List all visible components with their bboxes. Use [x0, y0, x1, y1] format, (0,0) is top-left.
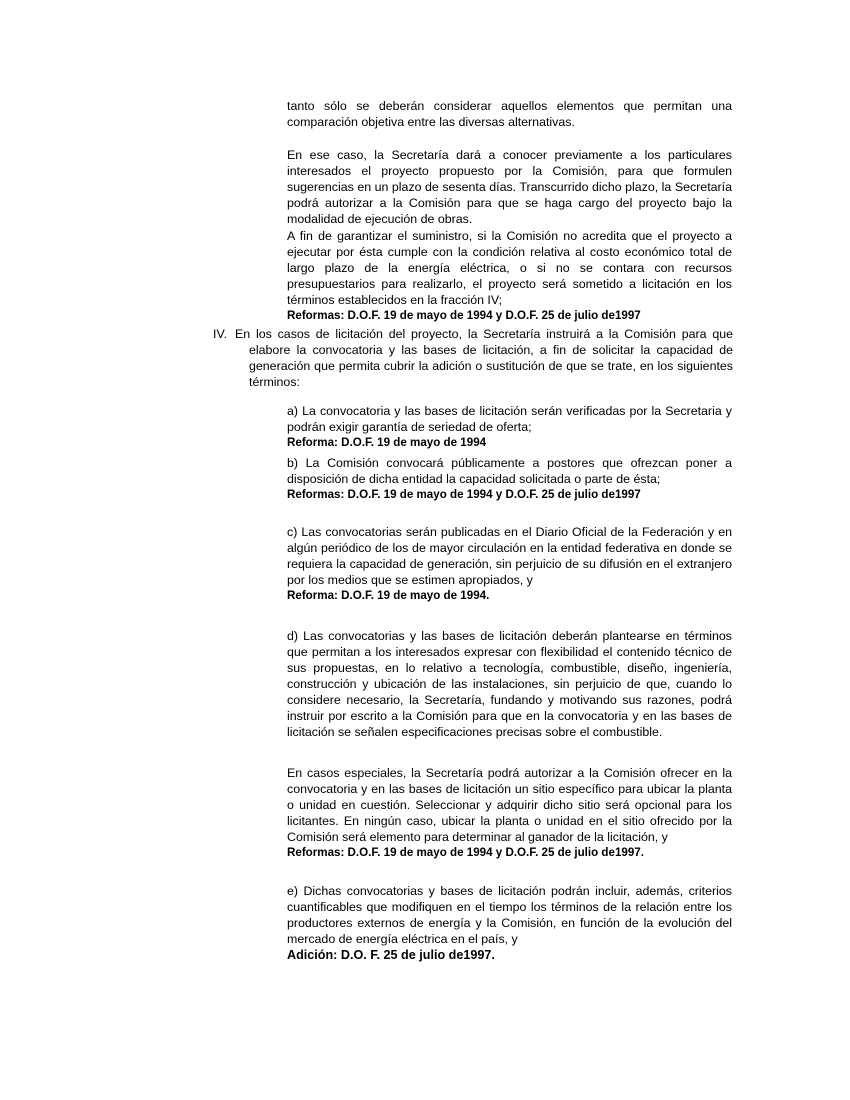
addition-note: Adición: D.O. F. 25 de julio de1997. — [287, 947, 732, 963]
item-d-casos-especiales: En casos especiales, la Secretaría podrá… — [287, 765, 732, 861]
item-c: c) Las convocatorias serán publicadas en… — [287, 524, 732, 604]
item-text: En casos especiales, la Secretaría podrá… — [287, 766, 732, 844]
reform-note: Reformas: D.O.F. 19 de mayo de 1994 y D.… — [287, 845, 732, 861]
item-d: d) Las convocatorias y las bases de lici… — [287, 628, 732, 740]
reform-note: Reformas: D.O.F. 19 de mayo de 1994 y D.… — [287, 487, 732, 503]
paragraph-text: A fin de garantizar el suministro, si la… — [287, 229, 732, 307]
item-text: a) La convocatoria y las bases de licita… — [287, 404, 732, 434]
fraction-text: En los casos de licitación del proyecto,… — [235, 327, 733, 389]
paragraph-comparacion: tanto sólo se deberán considerar aquello… — [287, 98, 732, 130]
item-b: b) La Comisión convocará públicamente a … — [287, 455, 732, 503]
reform-note: Reforma: D.O.F. 19 de mayo de 1994. — [287, 588, 732, 604]
paragraph-text: En ese caso, la Secretaría dará a conoce… — [287, 148, 732, 226]
item-text: d) Las convocatorias y las bases de lici… — [287, 629, 732, 739]
item-text: c) Las convocatorias serán publicadas en… — [287, 525, 732, 587]
paragraph-garantizar-suministro: A fin de garantizar el suministro, si la… — [287, 228, 732, 324]
paragraph-text: tanto sólo se deberán considerar aquello… — [287, 99, 732, 129]
fraction-text-wrap: En los casos de licitación del proyecto,… — [249, 326, 733, 390]
item-a: a) La convocatoria y las bases de licita… — [287, 403, 732, 451]
fraction-number: IV. — [213, 326, 227, 342]
item-text: e) Dichas convocatorias y bases de licit… — [287, 884, 732, 946]
item-e: e) Dichas convocatorias y bases de licit… — [287, 883, 732, 963]
fraction-iv: IV. En los casos de licitación del proye… — [213, 326, 733, 390]
reform-note: Reforma: D.O.F. 19 de mayo de 1994 — [287, 435, 732, 451]
paragraph-ese-caso: En ese caso, la Secretaría dará a conoce… — [287, 147, 732, 227]
reform-note: Reformas: D.O.F. 19 de mayo de 1994 y D.… — [287, 308, 732, 324]
item-text: b) La Comisión convocará públicamente a … — [287, 456, 732, 486]
